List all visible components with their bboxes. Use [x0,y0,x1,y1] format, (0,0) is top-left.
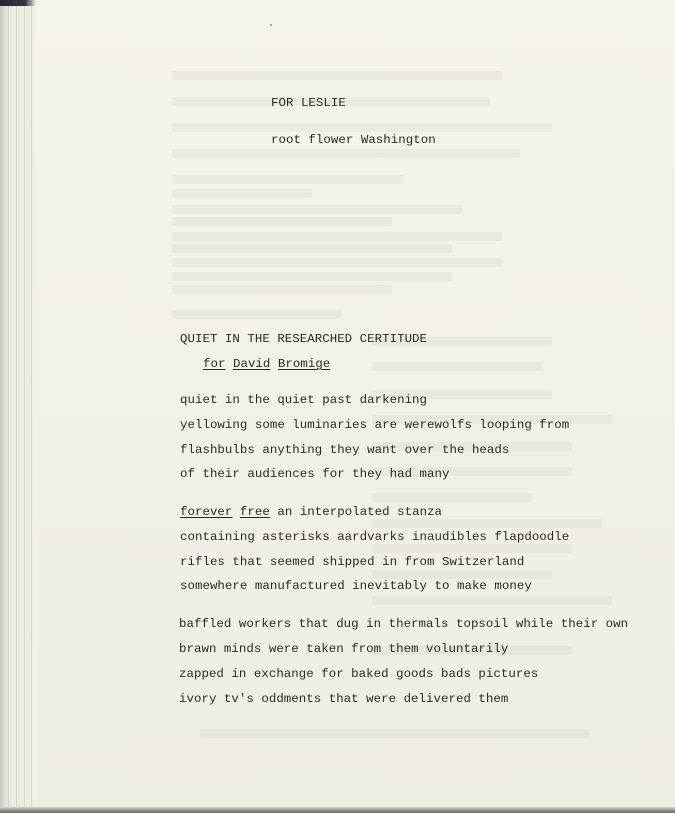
poem-line: zapped in exchange for baked goods bads … [179,667,538,681]
typewritten-page: FOR LESLIE root flower Washington QUIET … [0,0,675,813]
page-bottom-edge [0,807,675,813]
poem-line: baffled workers that dug in thermals top… [179,617,628,631]
poem-line: containing asterisks aardvarks inaudible… [180,530,569,544]
dedication-word: for [203,357,225,371]
underlined-word: forever [180,505,232,519]
corner-shadow [0,0,36,6]
poem-title: FOR LESLIE [271,96,346,110]
paper-speck [270,24,272,26]
page-binding-edge [0,0,36,813]
poem-title: QUIET IN THE RESEARCHED CERTITUDE [180,332,427,346]
line-text: an interpolated stanza [277,505,442,519]
poem-line: yellowing some luminaries are werewolfs … [180,418,569,432]
poem-line: brawn minds were taken from them volunta… [179,642,508,656]
dedication-word: Bromige [278,357,330,371]
dedication-word: David [233,357,270,371]
page-stack-line [16,0,17,813]
page-stack-line [8,0,9,813]
poem-line: rifles that seemed shipped in from Switz… [180,555,524,569]
page-stack-line [31,0,32,813]
poem-line: of their audiences for they had many [180,467,449,481]
poem-line: quiet in the quiet past darkening [180,393,427,407]
poem-dedication: for David Bromige [203,357,330,371]
poem-line: somewhere manufactured inevitably to mak… [180,579,532,593]
poem-line: root flower Washington [271,133,436,147]
poem-line: ivory tv's oddments that were delivered … [179,692,508,706]
underlined-word: free [240,505,270,519]
poem-line: flashbulbs anything they want over the h… [180,443,509,457]
page-stack-line [24,0,25,813]
poem-line: forever free an interpolated stanza [180,505,442,519]
